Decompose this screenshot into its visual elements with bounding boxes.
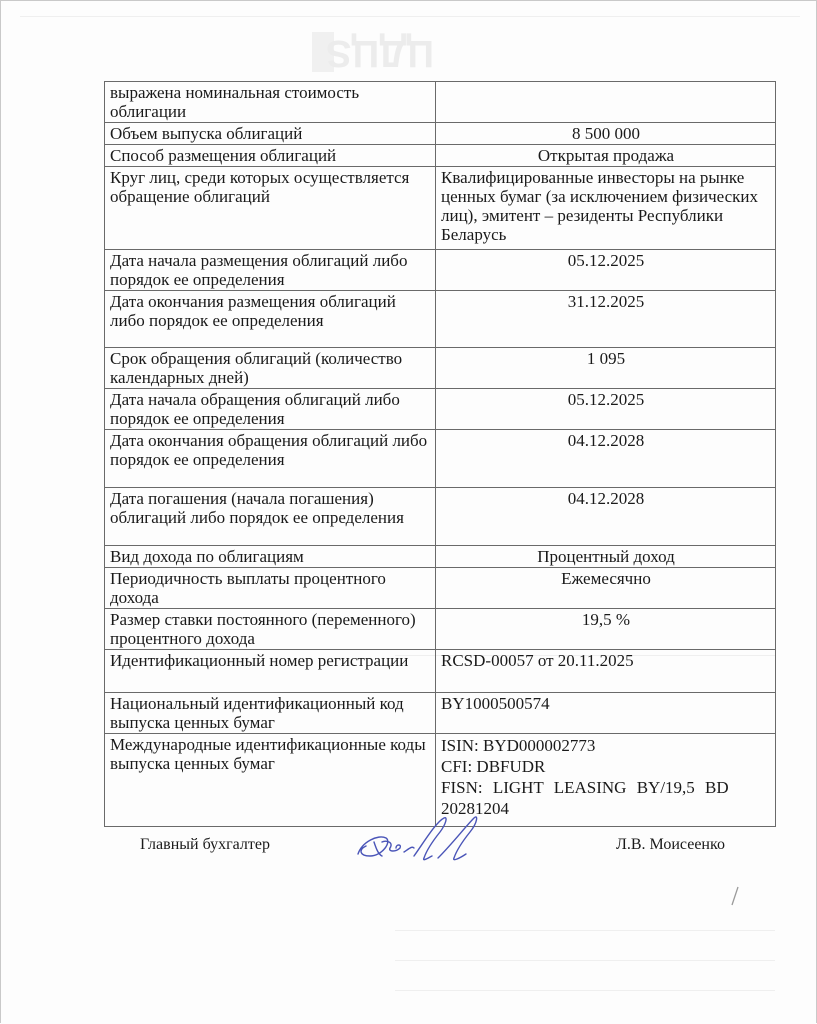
- row-label: Дата окончания размещения облигаций либо…: [105, 291, 436, 348]
- row-label: Дата начала размещения облигаций либо по…: [105, 250, 436, 291]
- row-value: 1 095: [436, 348, 776, 389]
- table-row: Дата окончания размещения облигаций либо…: [105, 291, 776, 348]
- bleed-through-line: [395, 990, 775, 991]
- table-row: Идентификационный номер регистрацииRCSD-…: [105, 650, 776, 693]
- row-value: Ежемесячно: [436, 568, 776, 609]
- bleed-through-line: [20, 16, 800, 17]
- row-label: Дата начала обращения облигаций либо пор…: [105, 389, 436, 430]
- row-label: Периодичность выплаты процентного дохода: [105, 568, 436, 609]
- row-label: Вид дохода по облигациям: [105, 546, 436, 568]
- row-value: 04.12.2028: [436, 430, 776, 488]
- table-row: Национальный идентификационный код выпус…: [105, 693, 776, 734]
- table-row: Дата погашения (начала погашения) облига…: [105, 488, 776, 546]
- table-row: Размер ставки постоянного (переменного) …: [105, 609, 776, 650]
- row-value: RCSD-00057 от 20.11.2025: [436, 650, 776, 693]
- table-row: Вид дохода по облигациямПроцентный доход: [105, 546, 776, 568]
- bond-issue-table: выражена номинальная стоимость облигации…: [104, 81, 776, 827]
- table-row: Способ размещения облигацийОткрытая прод…: [105, 145, 776, 167]
- row-value: Процентный доход: [436, 546, 776, 568]
- row-label: Дата окончания обращения облигаций либо …: [105, 430, 436, 488]
- row-label: Срок обращения облигаций (количество кал…: [105, 348, 436, 389]
- table-row: выражена номинальная стоимость облигации: [105, 82, 776, 123]
- row-label: Способ размещения облигаций: [105, 145, 436, 167]
- table-row: Дата окончания обращения облигаций либо …: [105, 430, 776, 488]
- scan-artifact-mark: [728, 885, 742, 909]
- table-row: Дата начала размещения облигаций либо по…: [105, 250, 776, 291]
- chief-accountant-name: Л.В. Моисеенко: [616, 836, 725, 854]
- table-row: Срок обращения облигаций (количество кал…: [105, 348, 776, 389]
- cfi-code: CFI: DBFUDR: [441, 756, 771, 777]
- row-value: Квалифицированные инвесторы на рынке цен…: [436, 167, 776, 250]
- row-value: Открытая продажа: [436, 145, 776, 167]
- isin-code: ISIN: BYD000002773: [441, 735, 771, 756]
- row-label: Круг лиц, среди которых осуществляется о…: [105, 167, 436, 250]
- bleed-through-line: [395, 960, 775, 961]
- row-value: 04.12.2028: [436, 488, 776, 546]
- table-row: Периодичность выплаты процентного дохода…: [105, 568, 776, 609]
- bleed-through-logo: ЦДЦЅ: [312, 30, 448, 75]
- row-value: 8 500 000: [436, 123, 776, 145]
- row-label: Идентификационный номер регистрации: [105, 650, 436, 693]
- row-label: Дата погашения (начала погашения) облига…: [105, 488, 436, 546]
- row-value: 05.12.2025: [436, 250, 776, 291]
- signature-icon: [352, 812, 492, 870]
- row-value: 31.12.2025: [436, 291, 776, 348]
- table-row: Круг лиц, среди которых осуществляется о…: [105, 167, 776, 250]
- bleed-through-line: [395, 930, 775, 931]
- row-label: Объем выпуска облигаций: [105, 123, 436, 145]
- row-label: выражена номинальная стоимость облигации: [105, 82, 436, 123]
- table-row: Дата начала обращения облигаций либо пор…: [105, 389, 776, 430]
- row-value: 19,5 %: [436, 609, 776, 650]
- row-value: [436, 82, 776, 123]
- table-row: Объем выпуска облигаций8 500 000: [105, 123, 776, 145]
- row-label: Размер ставки постоянного (переменного) …: [105, 609, 436, 650]
- row-label: Национальный идентификационный код выпус…: [105, 693, 436, 734]
- row-value: 05.12.2025: [436, 389, 776, 430]
- chief-accountant-title: Главный бухгалтер: [140, 836, 270, 854]
- row-value: BY1000500574: [436, 693, 776, 734]
